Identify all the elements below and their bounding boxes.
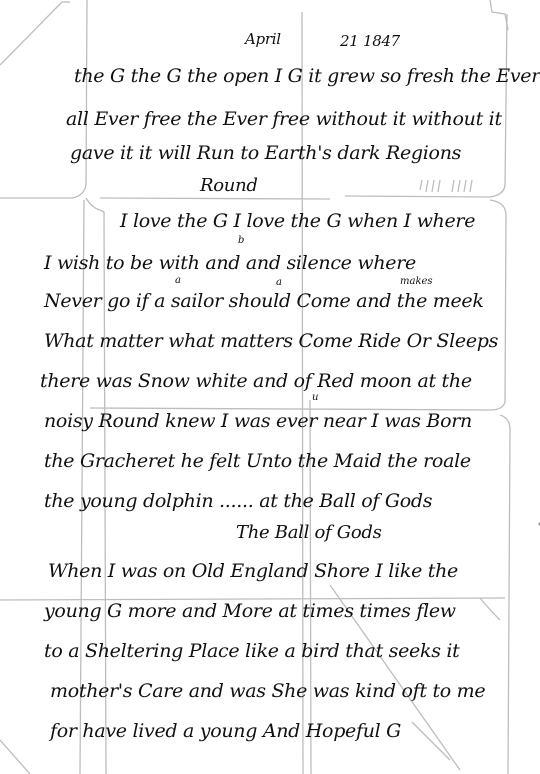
- stanza1-line-1: the G the G the open I G it grew so fres…: [74, 65, 540, 87]
- title-round: Round: [200, 175, 258, 196]
- stanza2-line-8: the young dolphin ...... at the Ball of …: [44, 490, 432, 512]
- stanza2-line-2: I wish to be with and and silence where: [44, 252, 416, 274]
- interlinear-note: u: [312, 392, 318, 403]
- stanza2-line-4: What matter what matters Come Ride Or Sl…: [44, 330, 498, 352]
- stanza3-line-5: for have lived a young And Hopeful G: [50, 720, 401, 742]
- stanza2-line-6: noisy Round knew I was ever near I was B…: [44, 410, 472, 432]
- stanza3-line-4: mother's Care and was She was kind oft t…: [50, 680, 485, 702]
- interlinear-note: makes: [400, 276, 433, 287]
- stanza2-line-1: I love the G I love the G when I where: [120, 210, 475, 232]
- interlinear-note: a: [175, 275, 181, 286]
- interlinear-note: b: [238, 235, 244, 246]
- stanza3-line-2: young G more and More at times times fle…: [44, 600, 456, 622]
- date-day-year: 21 1847: [340, 32, 400, 50]
- stanza1-line-2: all Ever free the Ever free without it w…: [66, 108, 502, 130]
- stanza1-line-3: gave it it will Run to Earth's dark Regi…: [70, 142, 461, 164]
- stanza2-line-7: the Gracheret he felt Unto the Maid the …: [44, 450, 471, 472]
- stanza3-line-1: When I was on Old England Shore I like t…: [48, 560, 458, 582]
- date-month: April: [245, 30, 281, 48]
- manuscript-page: April 21 1847 the G the G the open I G i…: [0, 0, 540, 774]
- interlinear-note: a: [276, 277, 282, 288]
- stanza2-line-3: Never go if a sailor should Come and the…: [44, 290, 484, 312]
- stanza3-line-3: to a Sheltering Place like a bird that s…: [44, 640, 460, 662]
- stanza2-line-5: there was Snow white and of Red moon at …: [40, 370, 472, 392]
- title-ball-of-gods: The Ball of Gods: [236, 522, 382, 543]
